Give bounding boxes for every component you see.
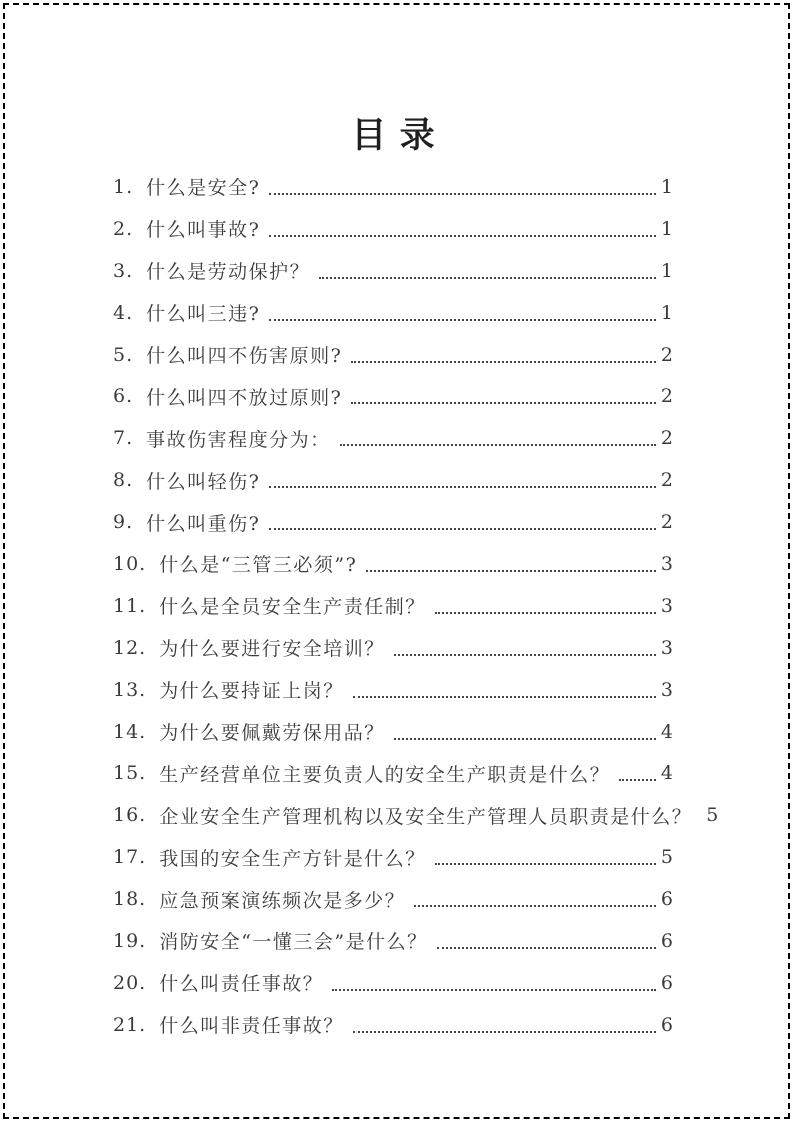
- dot-leader: [269, 305, 656, 321]
- toc-entry-title: 什么是安全?: [146, 173, 260, 200]
- toc-entry-number: 5.: [113, 344, 133, 366]
- toc-entry[interactable]: 9. 什么叫重伤? 2: [113, 501, 673, 543]
- toc-entry[interactable]: 16. 企业安全生产管理机构以及安全生产管理人员职责是什么？ 5: [113, 794, 673, 836]
- toc-entry-page-number: 5: [706, 804, 718, 826]
- toc-entry-page-number: 3: [661, 595, 673, 617]
- toc-title: 目录: [113, 110, 673, 162]
- toc-entry-page-number: 3: [661, 679, 673, 701]
- dot-leader: [269, 472, 656, 488]
- toc-entry-page-number: 1: [661, 260, 673, 282]
- toc-entry-page-number: 6: [661, 1014, 673, 1036]
- toc-entry-number: 12.: [113, 637, 146, 659]
- toc-entry[interactable]: 21. 什么叫非责任事故？ 6: [113, 1004, 673, 1046]
- toc-entry[interactable]: 3. 什么是劳动保护？ 1: [113, 250, 673, 292]
- dot-leader: [269, 514, 656, 530]
- toc-entry-page-number: 2: [661, 344, 673, 366]
- toc-list: 1. 什么是安全? 1 2. 什么叫事故? 1 3. 什么是劳动保护？ 1 4.…: [113, 166, 673, 1046]
- toc-entry-number: 17.: [113, 846, 146, 868]
- document-page: 目录 1. 什么是安全? 1 2. 什么叫事故? 1 3. 什么是劳动保护？ 1…: [0, 0, 793, 1122]
- toc-entry[interactable]: 6. 什么叫四不放过原则? 2: [113, 375, 673, 417]
- toc-entry-page-number: 1: [661, 218, 673, 240]
- toc-entry-number: 8.: [113, 469, 133, 491]
- toc-entry[interactable]: 2. 什么叫事故? 1: [113, 208, 673, 250]
- toc-entry-title: 什么叫非责任事故？: [159, 1011, 344, 1038]
- dot-leader: [351, 388, 656, 404]
- dot-leader: [353, 682, 656, 698]
- toc-entry-title: 企业安全生产管理机构以及安全生产管理人员职责是什么？: [159, 802, 692, 829]
- toc-entry[interactable]: 1. 什么是安全? 1: [113, 166, 673, 208]
- dot-leader: [332, 975, 656, 991]
- toc-entry-page-number: 6: [661, 972, 673, 994]
- dot-leader: [340, 430, 656, 446]
- toc-entry-page-number: 5: [661, 846, 673, 868]
- toc-entry-title: 什么是“三管三必须”?: [159, 550, 357, 577]
- toc-entry-page-number: 4: [661, 721, 673, 743]
- toc-entry-title: 为什么要持证上岗？: [159, 676, 344, 703]
- toc-entry-number: 9.: [113, 511, 133, 533]
- toc-entry-number: 6.: [113, 385, 133, 407]
- toc-entry-page-number: 3: [661, 553, 673, 575]
- toc-entry[interactable]: 14. 为什么要佩戴劳保用品？ 4: [113, 711, 673, 753]
- toc-entry-number: 13.: [113, 679, 146, 701]
- toc-entry-page-number: 1: [661, 302, 673, 324]
- dot-leader: [319, 263, 656, 279]
- toc-entry-title: 什么叫四不伤害原则?: [146, 341, 342, 368]
- toc-entry-number: 21.: [113, 1014, 146, 1036]
- toc-entry[interactable]: 10. 什么是“三管三必须”? 3: [113, 543, 673, 585]
- toc-entry-title: 什么叫轻伤?: [146, 467, 260, 494]
- toc-entry[interactable]: 11. 什么是全员安全生产责任制？ 3: [113, 585, 673, 627]
- toc-entry-number: 2.: [113, 218, 133, 240]
- toc-entry-page-number: 2: [661, 385, 673, 407]
- toc-entry-number: 16.: [113, 804, 146, 826]
- toc-entry-page-number: 2: [661, 511, 673, 533]
- page-content: 目录 1. 什么是安全? 1 2. 什么叫事故? 1 3. 什么是劳动保护？ 1…: [113, 110, 673, 1046]
- toc-entry-number: 18.: [113, 888, 146, 910]
- dot-leader: [394, 640, 656, 656]
- toc-entry-title: 什么叫四不放过原则?: [146, 383, 342, 410]
- toc-entry-title: 为什么要佩戴劳保用品？: [159, 718, 385, 745]
- dot-leader: [366, 556, 656, 572]
- toc-entry-number: 1.: [113, 176, 133, 198]
- dot-leader: [619, 765, 656, 781]
- toc-entry-page-number: 2: [661, 427, 673, 449]
- toc-entry-title: 什么是全员安全生产责任制？: [159, 592, 426, 619]
- dot-leader: [435, 849, 656, 865]
- toc-entry-title: 我国的安全生产方针是什么？: [159, 844, 426, 871]
- toc-entry-number: 14.: [113, 721, 146, 743]
- dot-leader: [269, 221, 656, 237]
- toc-entry-page-number: 4: [661, 762, 673, 784]
- toc-entry[interactable]: 4. 什么叫三违? 1: [113, 292, 673, 334]
- dot-leader: [353, 1017, 656, 1033]
- toc-entry-title: 什么叫事故?: [146, 215, 260, 242]
- toc-entry-title: 什么是劳动保护？: [146, 257, 310, 284]
- dot-leader: [437, 933, 656, 949]
- toc-entry[interactable]: 19. 消防安全“一懂三会”是什么？ 6: [113, 920, 673, 962]
- dot-leader: [269, 179, 656, 195]
- toc-entry-title: 为什么要进行安全培训？: [159, 634, 385, 661]
- toc-entry[interactable]: 12. 为什么要进行安全培训？ 3: [113, 627, 673, 669]
- toc-entry-title: 什么叫重伤?: [146, 509, 260, 536]
- toc-entry-number: 19.: [113, 930, 146, 952]
- toc-entry-number: 15.: [113, 762, 146, 784]
- toc-entry-title: 事故伤害程度分为：: [146, 425, 331, 452]
- toc-entry-number: 20.: [113, 972, 146, 994]
- toc-entry-page-number: 3: [661, 637, 673, 659]
- toc-entry-number: 11.: [113, 595, 146, 617]
- toc-entry[interactable]: 18. 应急预案演练频次是多少？ 6: [113, 878, 673, 920]
- toc-entry-page-number: 2: [661, 469, 673, 491]
- toc-entry-title: 什么叫责任事故？: [159, 969, 323, 996]
- dot-leader: [414, 891, 656, 907]
- toc-entry-number: 3.: [113, 260, 133, 282]
- toc-entry-title: 生产经营单位主要负责人的安全生产职责是什么？: [159, 760, 610, 787]
- toc-entry[interactable]: 5. 什么叫四不伤害原则? 2: [113, 334, 673, 376]
- toc-entry-number: 7.: [113, 427, 133, 449]
- toc-entry-number: 4.: [113, 302, 133, 324]
- toc-entry-page-number: 6: [661, 930, 673, 952]
- dot-leader: [394, 724, 656, 740]
- dot-leader: [351, 347, 656, 363]
- toc-entry[interactable]: 15. 生产经营单位主要负责人的安全生产职责是什么？ 4: [113, 752, 673, 794]
- toc-entry-number: 10.: [113, 553, 146, 575]
- toc-entry-title: 什么叫三违?: [146, 299, 260, 326]
- toc-entry[interactable]: 13. 为什么要持证上岗？ 3: [113, 669, 673, 711]
- toc-entry-title: 应急预案演练频次是多少？: [159, 886, 405, 913]
- toc-entry[interactable]: 7. 事故伤害程度分为： 2: [113, 417, 673, 459]
- toc-entry-page-number: 6: [661, 888, 673, 910]
- dot-leader: [435, 598, 656, 614]
- toc-entry-title: 消防安全“一懂三会”是什么？: [159, 927, 427, 954]
- toc-entry[interactable]: 17. 我国的安全生产方针是什么？ 5: [113, 836, 673, 878]
- toc-entry[interactable]: 8. 什么叫轻伤? 2: [113, 459, 673, 501]
- toc-entry-page-number: 1: [661, 176, 673, 198]
- toc-entry[interactable]: 20. 什么叫责任事故？ 6: [113, 962, 673, 1004]
